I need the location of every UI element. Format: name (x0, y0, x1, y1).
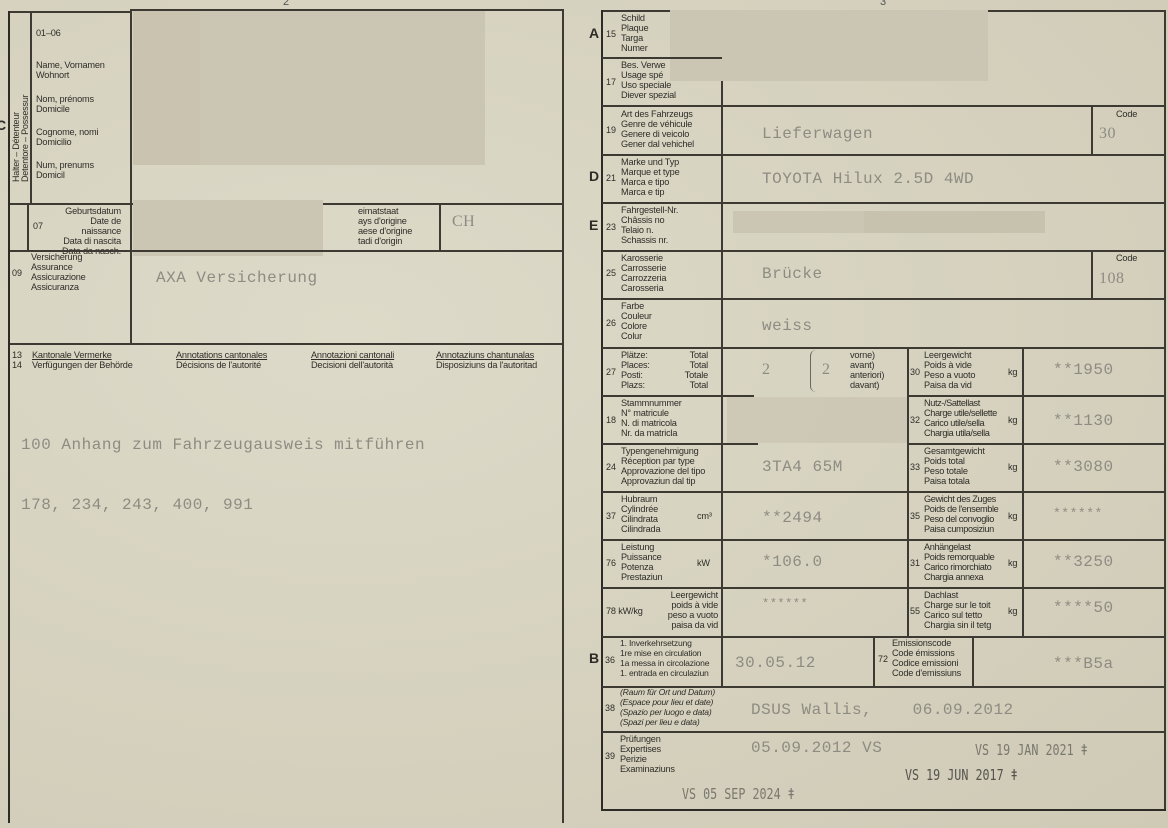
vehicle-type-labels: Art des FahrzeugsGenre de véhiculeGenere… (621, 109, 694, 149)
power-unit: kW (697, 558, 710, 568)
empty-weight-labels: LeergewichtPoids à videPeso a vuotoPaisa… (924, 350, 975, 390)
field-label-line: Marque et type (621, 167, 680, 177)
birthdate-code: 07 (33, 221, 43, 231)
power-ratio-labels: Leergewichtpoids à videpeso a vuotopaisa… (656, 590, 718, 630)
field-label-line: Puissance (621, 552, 662, 562)
color-code: 26 (606, 318, 616, 328)
displacement-labels: HubraumCylindréeCilindrataCilindrada (621, 494, 660, 534)
field-label-line: Assicurazione (31, 272, 86, 282)
field-label-line: Charge sur le toit (924, 600, 991, 610)
chassis-labels: Fahrgestell-Nr.Châssis noTelaio n.Schass… (621, 205, 678, 245)
field-label-line: Paisa cumposiziun (924, 524, 998, 534)
field-label-line: anteriori) (850, 370, 884, 380)
field-label-line: Gesamtgewicht (924, 446, 985, 456)
field-label-line: Prestaziun (621, 572, 662, 582)
annotation-lines: 100 Anhang zum Fahrzeugausweis mitführen… (21, 395, 425, 555)
combo-weight-labels: Gewicht des ZugesPoids de l'ensemblePeso… (924, 494, 998, 534)
field-label-line: Poids à vide (924, 360, 975, 370)
field-label-line: 1. Inverkehrsetzung (620, 638, 709, 648)
field-label-line: Verfügungen der Behörde (32, 360, 133, 370)
field-label-line: Gener dal vehichel (621, 139, 694, 149)
annotation-header-it: Annotazioni cantonaliDecisioni dell'auto… (311, 350, 394, 370)
field-label-line: Marke und Typ (621, 157, 680, 167)
trailer-load-labels: AnhängelastPoids remorquableCarico rimor… (924, 542, 994, 582)
field-label-line: Versicherung (31, 252, 86, 262)
empty-weight-unit: kg (1008, 367, 1017, 377)
field-label-line: Diever spezial (621, 90, 676, 100)
field-label-line: Assurance (31, 262, 86, 272)
field-label-line: Potenza (621, 562, 662, 572)
field-label-line: Code d'emissiuns (892, 668, 961, 678)
field-label-line: Couleur (621, 311, 652, 321)
field-label-line: 1a messa in circolazione (620, 658, 709, 668)
annotation-header-rm: Annotaziuns chantunalasDisposiziuns da l… (436, 350, 537, 370)
field-label-line: Karosserie (621, 253, 666, 263)
power-ratio-value: ****** (762, 597, 808, 611)
displacement-unit: cm³ (697, 511, 712, 521)
field-label-line: Cognome, nomi (36, 127, 98, 137)
field-label-line: N° matricule (621, 408, 682, 418)
holder-label-rm: Num, prenumsDomicil (36, 160, 94, 180)
payload-unit: kg (1008, 415, 1017, 425)
inspection-typed: 05.09.2012 VS (751, 739, 882, 757)
field-label-line: Decisioni dell'autorità (311, 360, 394, 370)
holder-field-code: 01–06 (36, 28, 61, 38)
seats-total-labels: TotalTotalTotaleTotal (684, 350, 708, 390)
displacement-value: **2494 (762, 509, 823, 527)
side-letter-c: C (0, 117, 6, 133)
redacted-registry (727, 397, 907, 443)
field-label-line: 1re mise en circulation (620, 648, 709, 658)
make-model-value: TOYOTA Hilux 2.5D 4WD (762, 170, 974, 188)
registry-code: 18 (606, 415, 616, 425)
field-label-line: Fahrgestell-Nr. (621, 205, 678, 215)
seats-code: 27 (606, 367, 616, 377)
field-label-line: ays d'origine (358, 216, 412, 226)
field-label-line: Nom, prénoms (36, 94, 94, 104)
payload-labels: Nutz-/SattellastCharge utile/selletteCar… (924, 398, 997, 438)
field-label-line: Bes. Verwe (621, 60, 676, 70)
inspection-stamp-2021: VS 19 JAN 2021 ǂ (975, 741, 1088, 759)
type-approval-labels: TypengenehmigungRéception par typeApprov… (621, 446, 705, 486)
field-label-line: 13 (12, 350, 22, 360)
special-use-code: 17 (606, 77, 616, 87)
annotation-codes: 13 14 (12, 350, 22, 370)
field-label-line: Genere di veicolo (621, 129, 694, 139)
field-label-line: peso a vuoto (656, 610, 718, 620)
field-label-line: Uso speciale (621, 80, 676, 90)
vehicle-type-code: 19 (606, 125, 616, 135)
field-label-line: Leergewicht (656, 590, 718, 600)
field-label-line: Stammnummer (621, 398, 682, 408)
birthdate-labels: Geburtsdatum Date de naissance Data di n… (53, 206, 121, 256)
field-label-line: Total (684, 350, 708, 360)
vehicle-type-code-value: 30 (1099, 125, 1116, 143)
empty-weight-value: **1950 (1053, 361, 1114, 379)
redacted-plate (670, 10, 988, 81)
seats-front-labels: vorne)avant)anteriori)davant) (850, 350, 884, 390)
home-state-labels: eimatstaat ays d'origine aese d'origine … (358, 206, 412, 246)
body-labels: KarosserieCarrosserieCarrozzeriaCarosser… (621, 253, 666, 293)
body-value: Brücke (762, 265, 823, 283)
field-label-line: Annotazioni cantonali (311, 350, 394, 360)
inspections-code: 39 (605, 751, 615, 761)
body-code-value: 108 (1099, 270, 1125, 288)
field-label-line: Nr. da matricla (621, 428, 682, 438)
field-label-line: Cilindrada (621, 524, 660, 534)
field-label-line: Carico sul tetto (924, 610, 991, 620)
holder-vertical-label-2: Detentore – Possessur (21, 95, 30, 182)
emission-code-labels: EmissionscodeCode émissionsCodice emissi… (892, 638, 961, 678)
field-label-line: Annotaziuns chantunalas (436, 350, 537, 360)
field-label-line: Carosseria (621, 283, 666, 293)
field-label-line: Paisa da vid (924, 380, 975, 390)
body-code-label: Code (1116, 253, 1137, 263)
field-label-line: Cylindrée (621, 504, 660, 514)
field-label-line: Targa (621, 33, 648, 43)
trailer-load-value: **3250 (1053, 553, 1114, 571)
inspection-stamp-2024: VS 05 SEP 2024 ǂ (682, 785, 795, 803)
emission-code-value: ***B5a (1053, 655, 1114, 673)
field-label-line: Typengenehmigung (621, 446, 705, 456)
field-label-line: Anhängelast (924, 542, 994, 552)
field-label-line: Codice emissioni (892, 658, 961, 668)
field-label-line: Totale (684, 370, 708, 380)
insurance-value: AXA Versicherung (156, 269, 318, 287)
field-label-line: Plazs: (621, 380, 650, 390)
field-label-line: 78 (606, 606, 616, 616)
field-label-line: (Espace pour lieu et date) (620, 697, 715, 707)
annotation-header-fr: Annotations cantonalesDécisions de l'aut… (176, 350, 267, 370)
field-label-line: Peso totale (924, 466, 985, 476)
first-registration-labels: 1. Inverkehrsetzung1re mise en circulati… (620, 638, 709, 678)
special-use-labels: Bes. VerweUsage spéUso specialeDiever sp… (621, 60, 676, 100)
field-label-line: Data di nascita (53, 236, 121, 246)
field-label-line: Poids de l'ensemble (924, 504, 998, 514)
field-label-line: poids à vide (656, 600, 718, 610)
field-label-line: Schild (621, 13, 648, 23)
power-value: *106.0 (762, 553, 823, 571)
letter-d: D (589, 168, 599, 184)
field-label-line: Prüfungen (620, 734, 675, 744)
first-registration-value: 30.05.12 (735, 654, 816, 672)
field-label-line: Leergewicht (924, 350, 975, 360)
roof-load-labels: DachlastCharge sur le toitCarico sul tet… (924, 590, 991, 630)
field-label-line: Carico rimorchiato (924, 562, 994, 572)
field-label-line: Poids remorquable (924, 552, 994, 562)
field-label-line: Châssis no (621, 215, 678, 225)
seats-labels: Plätze:Places:Posti:Plazs: (621, 350, 650, 390)
field-label-line: Total (684, 360, 708, 370)
field-label-line: Telaio n. (621, 225, 678, 235)
field-label-line: Leistung (621, 542, 662, 552)
field-label-line: 14 (12, 360, 22, 370)
field-label-line: Total (684, 380, 708, 390)
field-label-line: N. di matricola (621, 418, 682, 428)
plate-labels: SchildPlaqueTargaNumer (621, 13, 648, 53)
trailer-load-code: 31 (910, 558, 920, 568)
field-label-line: Posti: (621, 370, 650, 380)
combo-weight-value: ****** (1053, 506, 1103, 521)
field-label-line: Paisa totala (924, 476, 985, 486)
power-ratio-code: 78 kW/kg (606, 606, 643, 616)
holder-label-it: Cognome, nomiDomicilio (36, 127, 98, 147)
field-label-line: Disposiziuns da l'autoritad (436, 360, 537, 370)
power-labels: LeistungPuissancePotenzaPrestaziun (621, 542, 662, 582)
field-label-line: Examinaziuns (620, 764, 675, 774)
roof-load-value: ****50 (1053, 599, 1114, 617)
annotation-header-de: Kantonale VermerkeVerfügungen der Behörd… (32, 350, 133, 370)
field-label-line: Décisions de l'autorité (176, 360, 267, 370)
field-label-line: Geburtsdatum (53, 206, 121, 216)
inspection-stamp-2017: VS 19 JUN 2017 ǂ (905, 766, 1018, 784)
field-label-line: Domicilio (36, 137, 98, 147)
field-label-line: Code émissions (892, 648, 961, 658)
field-label-line: eimatstaat (358, 206, 412, 216)
field-label-line: Usage spé (621, 70, 676, 80)
field-label-line: Nutz-/Sattellast (924, 398, 997, 408)
holder-label-fr: Nom, prénomsDomicile (36, 94, 94, 114)
annotation-line-2: 178, 234, 243, 400, 991 (21, 495, 425, 515)
field-label-line: Chargia annexa (924, 572, 994, 582)
field-label-line: Expertises (620, 744, 675, 754)
combo-weight-code: 35 (910, 511, 920, 521)
displacement-code: 37 (606, 511, 616, 521)
home-state-value: CH (452, 213, 475, 231)
page-number-left: 2 (283, 0, 289, 8)
field-label-line: Schassis nr. (621, 235, 678, 245)
registry-labels: StammnummerN° matriculeN. di matricolaNr… (621, 398, 682, 438)
field-label-line: Poids total (924, 456, 985, 466)
field-label-line: Emissionscode (892, 638, 961, 648)
first-registration-code: 36 (605, 655, 615, 665)
field-label-line: Domicile (36, 104, 94, 114)
total-weight-code: 33 (910, 462, 920, 472)
field-label-line: Num, prenums (36, 160, 94, 170)
field-label-line: paisa da vid (656, 620, 718, 630)
field-label-line: Places: (621, 360, 650, 370)
field-label-line: Genre de véhicule (621, 119, 694, 129)
field-label-line: Plaque (621, 23, 648, 33)
field-label-line: Carrozzeria (621, 273, 666, 283)
letter-b: B (589, 650, 599, 666)
field-label-line: Colur (621, 331, 652, 341)
field-label-line: Name, Vornamen (36, 60, 105, 70)
field-label-line: (Spazi per lieu e data) (620, 717, 715, 727)
field-label-line: Date de naissance (53, 216, 121, 236)
field-label-line: Gewicht des Zuges (924, 494, 998, 504)
payload-value: **1130 (1053, 412, 1114, 430)
field-label-line: kW/kg (618, 606, 643, 616)
inspections-labels: PrüfungenExpertisesPerizieExaminaziuns (620, 734, 675, 774)
letter-a: A (589, 25, 599, 41)
roof-load-unit: kg (1008, 606, 1017, 616)
field-label-line: Farbe (621, 301, 652, 311)
field-label-line: Numer (621, 43, 648, 53)
field-label-line: Carico utile/sella (924, 418, 997, 428)
emission-code-code: 72 (878, 654, 888, 664)
field-label-line: Chargia sin il tetg (924, 620, 991, 630)
field-label-line: Approvazione del tipo (621, 466, 705, 476)
make-model-code: 21 (606, 173, 616, 183)
field-label-line: Wohnort (36, 70, 105, 80)
field-label-line: Kantonale Vermerke (32, 350, 133, 360)
place-date-labels: (Raum für Ort und Datum)(Espace pour lie… (620, 687, 715, 727)
field-label-line: Charge utile/sellette (924, 408, 997, 418)
field-label-line: Peso del convoglio (924, 514, 998, 524)
payload-code: 32 (910, 415, 920, 425)
total-weight-value: **3080 (1053, 458, 1114, 476)
field-label-line: Dachlast (924, 590, 991, 600)
seats-front-value: 2 (822, 361, 831, 379)
field-label-line: Colore (621, 321, 652, 331)
page-number-right: 3 (880, 0, 886, 8)
field-label-line: (Raum für Ort und Datum) (620, 687, 715, 697)
color-labels: FarbeCouleurColoreColur (621, 301, 652, 341)
field-label-line: Marca e tip (621, 187, 680, 197)
seats-brace (810, 350, 816, 392)
vehicle-type-code-label: Code (1116, 109, 1137, 119)
power-code: 76 (606, 558, 616, 568)
trailer-load-unit: kg (1008, 558, 1017, 568)
place-date-value: DSUS Wallis, 06.09.2012 (751, 701, 1014, 719)
vehicle-type-value: Lieferwagen (762, 125, 873, 143)
empty-weight-code: 30 (910, 367, 920, 377)
type-approval-value: 3TA4 65M (762, 458, 843, 476)
body-code: 25 (606, 268, 616, 278)
letter-e: E (589, 217, 598, 233)
combo-weight-unit: kg (1008, 511, 1017, 521)
field-label-line: Plätze: (621, 350, 650, 360)
annotation-line-1: 100 Anhang zum Fahrzeugausweis mitführen (21, 435, 425, 455)
make-model-labels: Marke und TypMarque et typeMarca e tipoM… (621, 157, 680, 197)
insurance-code: 09 (12, 268, 22, 278)
field-label-line: 1. entrada en circulaziun (620, 668, 709, 678)
field-label-line: Cilindrata (621, 514, 660, 524)
field-label-line: Chargia utila/sella (924, 428, 997, 438)
field-label-line: Assicuranza (31, 282, 86, 292)
field-label-line: Carrosserie (621, 263, 666, 273)
field-label-line: Perizie (620, 754, 675, 764)
field-label-line: Approvaziun dal tip (621, 476, 705, 486)
field-label-line: vorne) (850, 350, 884, 360)
chassis-code: 23 (606, 222, 616, 232)
field-label-line: aese d'origine (358, 226, 412, 236)
color-value: weiss (762, 317, 813, 335)
field-label-line: Marca e tipo (621, 177, 680, 187)
holder-label-de: Name, VornamenWohnort (36, 60, 105, 80)
field-label-line: Hubraum (621, 494, 660, 504)
type-approval-code: 24 (606, 462, 616, 472)
field-label-line: Annotations cantonales (176, 350, 267, 360)
total-weight-labels: GesamtgewichtPoids totalPeso totalePaisa… (924, 446, 985, 486)
plate-code: 15 (606, 29, 616, 39)
place-date-code: 38 (605, 703, 615, 713)
field-label-line: tadi d'origin (358, 236, 412, 246)
field-label-line: davant) (850, 380, 884, 390)
field-label-line: Peso a vuoto (924, 370, 975, 380)
field-label-line: avant) (850, 360, 884, 370)
total-weight-unit: kg (1008, 462, 1017, 472)
field-label-line: Art des Fahrzeugs (621, 109, 694, 119)
field-label-line: (Spazio per luogo e data) (620, 707, 715, 717)
field-label-line: Réception par type (621, 456, 705, 466)
redacted-birthdate (133, 200, 323, 256)
insurance-labels: Versicherung Assurance Assicurazione Ass… (31, 252, 86, 292)
seats-total-value: 2 (762, 361, 771, 379)
roof-load-code: 55 (910, 606, 920, 616)
field-label-line: Domicil (36, 170, 94, 180)
